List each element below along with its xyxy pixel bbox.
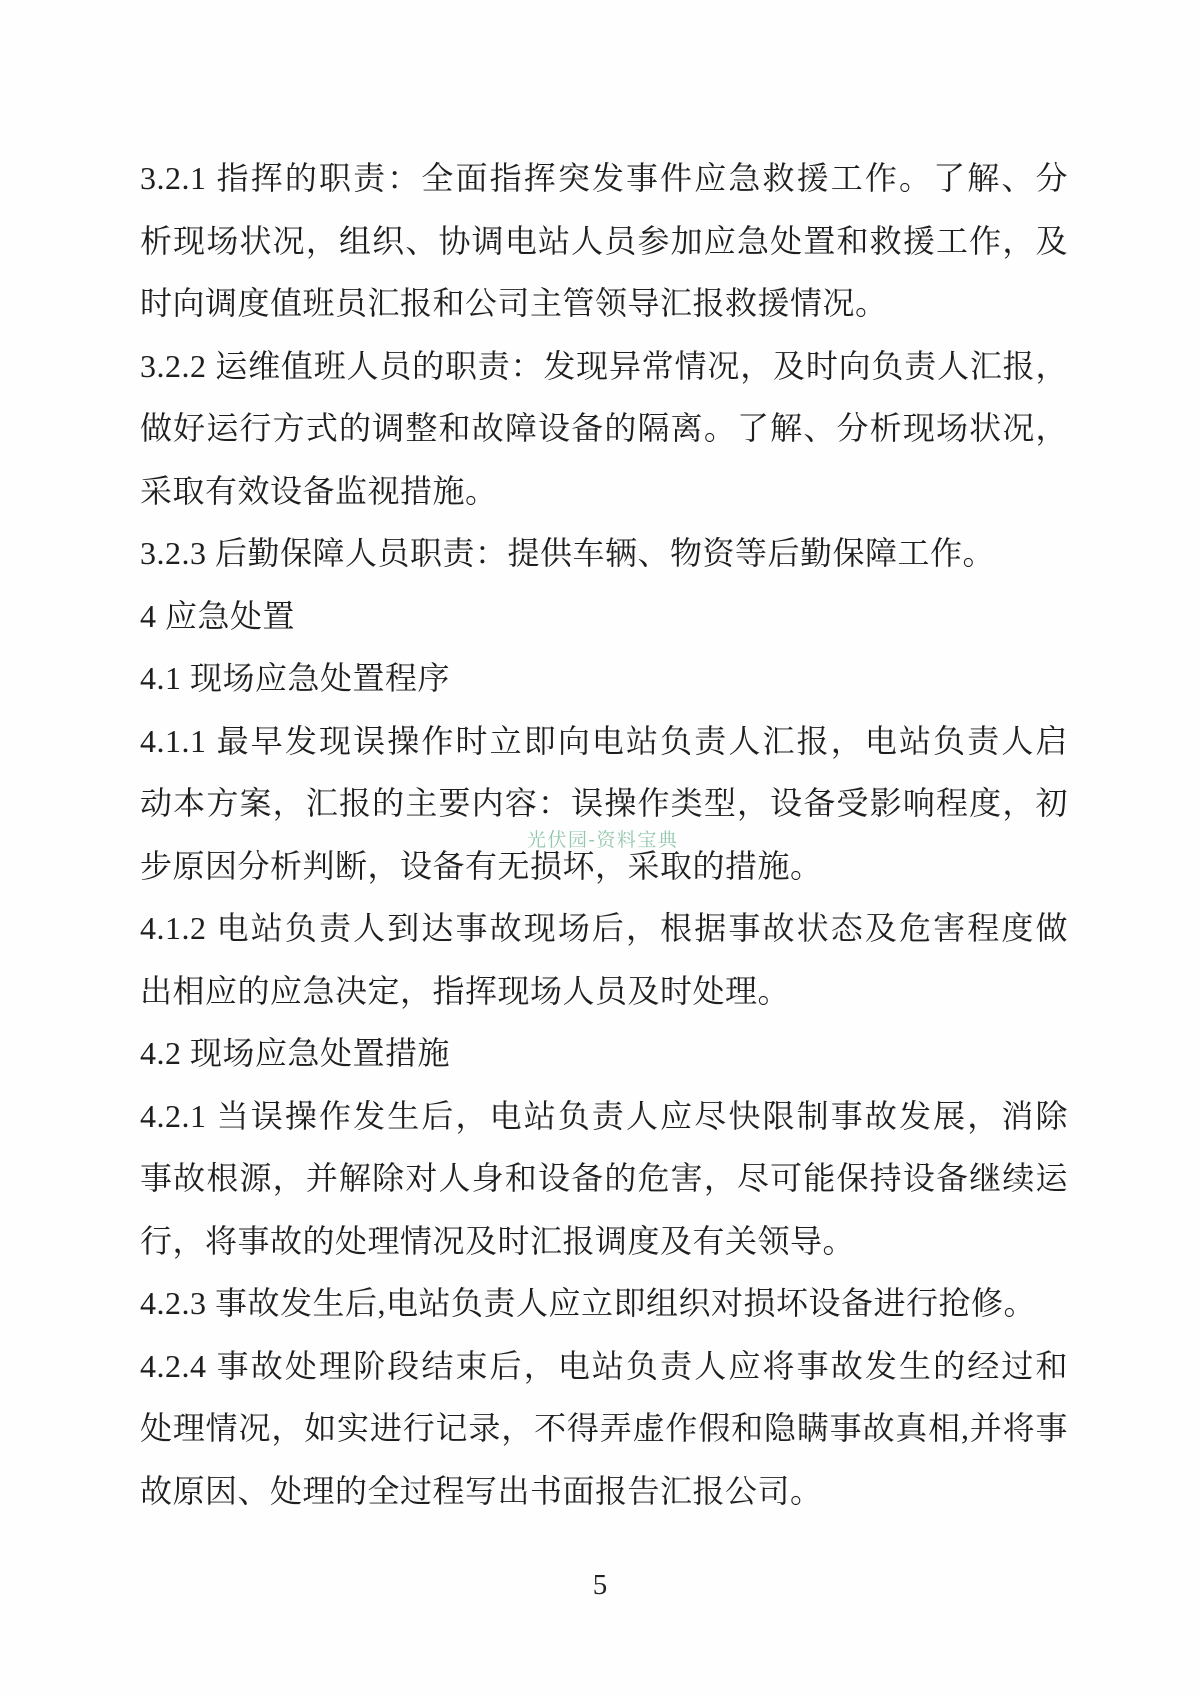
page-number: 5 <box>0 1568 1200 1602</box>
line-4-1-2-b: 出相应的应急决定，指挥现场人员及时处理。 <box>140 960 1068 1023</box>
line-4-1-1-c: 步原因分析判断，设备有无损坏，采取的措施。 <box>140 835 1068 898</box>
line-3-2-1-b: 析现场状况，组织、协调电站人员参加应急处置和救援工作，及 <box>140 210 1068 273</box>
document-body: 3.2.1 指挥的职责：全面指挥突发事件应急救援工作。了解、分 析现场状况，组织… <box>140 147 1068 1522</box>
line-3-2-1-a: 3.2.1 指挥的职责：全面指挥突发事件应急救援工作。了解、分 <box>140 147 1068 210</box>
line-4-1-2-a: 4.1.2 电站负责人到达事故现场后，根据事故状态及危害程度做 <box>140 897 1068 960</box>
line-4-2-3: 4.2.3 事故发生后,电站负责人应立即组织对损坏设备进行抢修。 <box>140 1272 1068 1335</box>
line-4-2-4-c: 故原因、处理的全过程写出书面报告汇报公司。 <box>140 1460 1068 1523</box>
line-4-2-4-a: 4.2.4 事故处理阶段结束后，电站负责人应将事故发生的经过和 <box>140 1335 1068 1398</box>
line-3-2-3: 3.2.3 后勤保障人员职责：提供车辆、物资等后勤保障工作。 <box>140 522 1068 585</box>
line-3-2-1-c: 时向调度值班员汇报和公司主管领导汇报救援情况。 <box>140 272 1068 335</box>
line-4-2-1-a: 4.2.1 当误操作发生后，电站负责人应尽快限制事故发展，消除 <box>140 1085 1068 1148</box>
heading-4-1: 4.1 现场应急处置程序 <box>140 647 1068 710</box>
line-3-2-2-b: 做好运行方式的调整和故障设备的隔离。了解、分析现场状况， <box>140 397 1068 460</box>
line-4-1-1-b: 动本方案，汇报的主要内容：误操作类型，设备受影响程度，初 <box>140 772 1068 835</box>
line-3-2-2-a: 3.2.2 运维值班人员的职责：发现异常情况，及时向负责人汇报， <box>140 335 1068 398</box>
line-4-1-1-a: 4.1.1 最早发现误操作时立即向电站负责人汇报，电站负责人启 <box>140 710 1068 773</box>
heading-4-2: 4.2 现场应急处置措施 <box>140 1022 1068 1085</box>
heading-4: 4 应急处置 <box>140 585 1068 648</box>
line-4-2-1-c: 行，将事故的处理情况及时汇报调度及有关领导。 <box>140 1210 1068 1273</box>
document-page: 光伏园-资料宝典 3.2.1 指挥的职责：全面指挥突发事件应急救援工作。了解、分… <box>0 0 1200 1694</box>
line-4-2-1-b: 事故根源，并解除对人身和设备的危害，尽可能保持设备继续运 <box>140 1147 1068 1210</box>
line-3-2-2-c: 采取有效设备监视措施。 <box>140 460 1068 523</box>
line-4-2-4-b: 处理情况，如实进行记录，不得弄虚作假和隐瞒事故真相,并将事 <box>140 1397 1068 1460</box>
